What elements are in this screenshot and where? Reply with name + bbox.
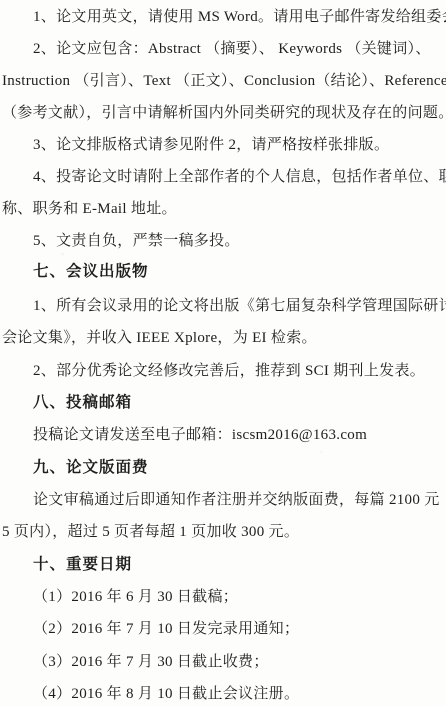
paragraph-line: （参考文献），引言中请解析国内外同类研究的现状及存在的问题。 <box>2 103 446 123</box>
item-line-pub-2: 2、部分优秀论文经修改完善后，推荐到 SCI 期刊上发表。 <box>33 361 425 381</box>
submission-email-line: 投稿论文请发送至电子邮箱：iscsm2016@163.com <box>33 425 367 445</box>
item-line-5: 5、文责自负，严禁一稿多投。 <box>33 231 240 251</box>
item-line-pub-1: 1、所有会议录用的论文将出版《第七届复杂科学管理国际研讨 <box>33 296 446 316</box>
heading-publications: 七、会议出版物 <box>33 262 149 282</box>
paragraph-line: 会论文集》，并收入 IEEE Xplore，为 EI 检索。 <box>2 328 317 348</box>
paragraph-line: 称、职务和 E-Mail 地址。 <box>2 199 177 219</box>
date-line-1: （1）2016 年 6 月 30 日截稿； <box>33 587 238 607</box>
paragraph-line: Instruction （引言）、Text （正文）、Conclusion（结论… <box>2 71 446 91</box>
heading-page-fee: 九、论文版面费 <box>33 458 149 478</box>
item-line-4: 4、投寄论文时请附上全部作者的个人信息，包括作者单位、职 <box>33 167 446 187</box>
item-line-1: 1、论文用英文，请使用 MS Word。请用电子邮件寄发给组委会。 <box>33 7 446 27</box>
heading-submission-email: 八、投稿邮箱 <box>33 393 132 413</box>
paragraph-line: 5 页内），超过 5 页者每超 1 页加收 300 元。 <box>2 522 299 542</box>
date-line-4: （4）2016 年 8 月 10 日截止会议注册。 <box>33 684 299 704</box>
date-line-3: （3）2016 年 7 月 30 日截止收费； <box>33 652 269 672</box>
heading-important-dates: 十、重要日期 <box>33 555 132 575</box>
page-fee-line: 论文审稿通过后即通知作者注册并交纳版面费，每篇 2100 元（限 <box>33 490 446 510</box>
scanned-document-page: 1、论文用英文，请使用 MS Word。请用电子邮件寄发给组委会。 2、论文应包… <box>0 0 446 706</box>
item-line-3: 3、论文排版格式请参见附件 2，请严格按样张排版。 <box>33 135 389 155</box>
item-line-2: 2、论文应包含：Abstract （摘要）、 Keywords （关键词）、 <box>33 39 431 59</box>
date-line-2: （2）2016 年 7 月 10 日发完录用通知； <box>33 619 299 639</box>
